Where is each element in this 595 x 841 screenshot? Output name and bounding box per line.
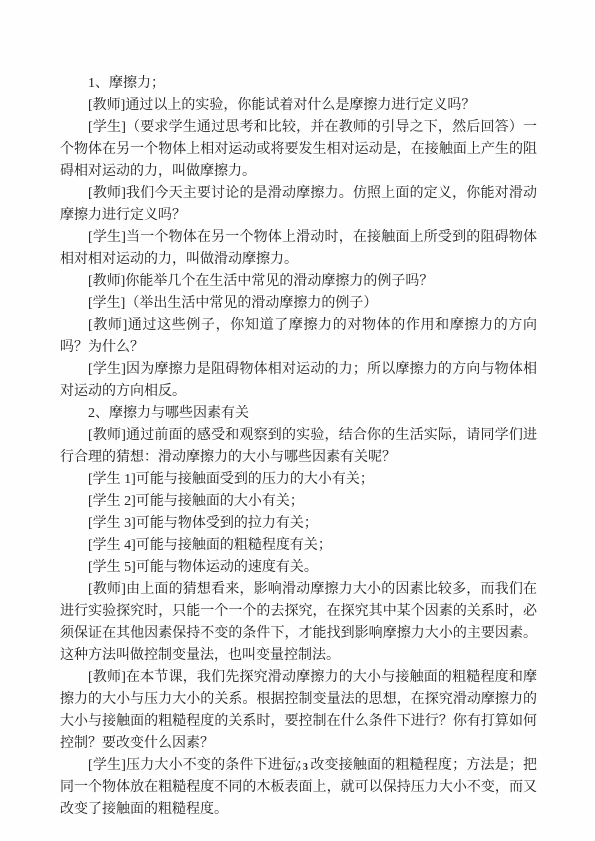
paragraph: [教师]在本节课，我们先探究滑动摩擦力的大小与接触面的粗糙程度和摩擦力的大小与压… [60, 667, 537, 755]
paragraph: [教师]通过这些例子，你知道了摩擦力的对物体的作用和摩擦力的方向吗？为什么？ [60, 315, 537, 359]
document-page: 1、摩擦力；[教师]通过以上的实验，你能试着对什么是摩擦力进行定义吗？[学生]（… [0, 0, 595, 841]
paragraph: [教师]通过以上的实验，你能试着对什么是摩擦力进行定义吗？ [60, 95, 537, 117]
paragraph: [学生 2]可能与接触面的大小有关； [60, 491, 537, 513]
paragraph: [教师]你能举几个在生活中常见的滑动摩擦力的例子吗？ [60, 271, 537, 293]
paragraph: [教师]由上面的猜想看来，影响滑动摩擦力大小的因素比较多，而我们在进行实验探究时… [60, 579, 537, 667]
page-number: 2 / 3 [0, 762, 595, 773]
paragraph: [学生]（举出生活中常见的滑动摩擦力的例子） [60, 293, 537, 315]
paragraph: [学生]因为摩擦力是阻碍物体相对运动的力；所以摩擦力的方向与物体相对运动的方向相… [60, 359, 537, 403]
paragraph: [学生]（要求学生通过思考和比较，并在教师的引导之下，然后回答）一个物体在另一个… [60, 117, 537, 183]
paragraph: [学生 3]可能与物体受到的拉力有关； [60, 513, 537, 535]
paragraph: [学生]当一个物体在另一个物体上滑动时，在接触面上所受到的阻碍物体相对相对运动的… [60, 227, 537, 271]
paragraph: [学生 1]可能与接触面受到的压力的大小有关； [60, 469, 537, 491]
paragraph: 2、摩擦力与哪些因素有关 [60, 403, 537, 425]
paragraph: [教师]我们今天主要讨论的是滑动摩擦力。仿照上面的定义，你能对滑动摩擦力进行定义… [60, 183, 537, 227]
paragraph: [教师]通过前面的感受和观察到的实验，结合你的生活实际，请同学们进行合理的猜想：… [60, 425, 537, 469]
paragraph: [学生 5]可能与物体运动的速度有关。 [60, 557, 537, 579]
document-body: 1、摩擦力；[教师]通过以上的实验，你能试着对什么是摩擦力进行定义吗？[学生]（… [60, 73, 537, 821]
paragraph: 1、摩擦力； [60, 73, 537, 95]
paragraph: [学生 4]可能与接触面的粗糙程度有关； [60, 535, 537, 557]
